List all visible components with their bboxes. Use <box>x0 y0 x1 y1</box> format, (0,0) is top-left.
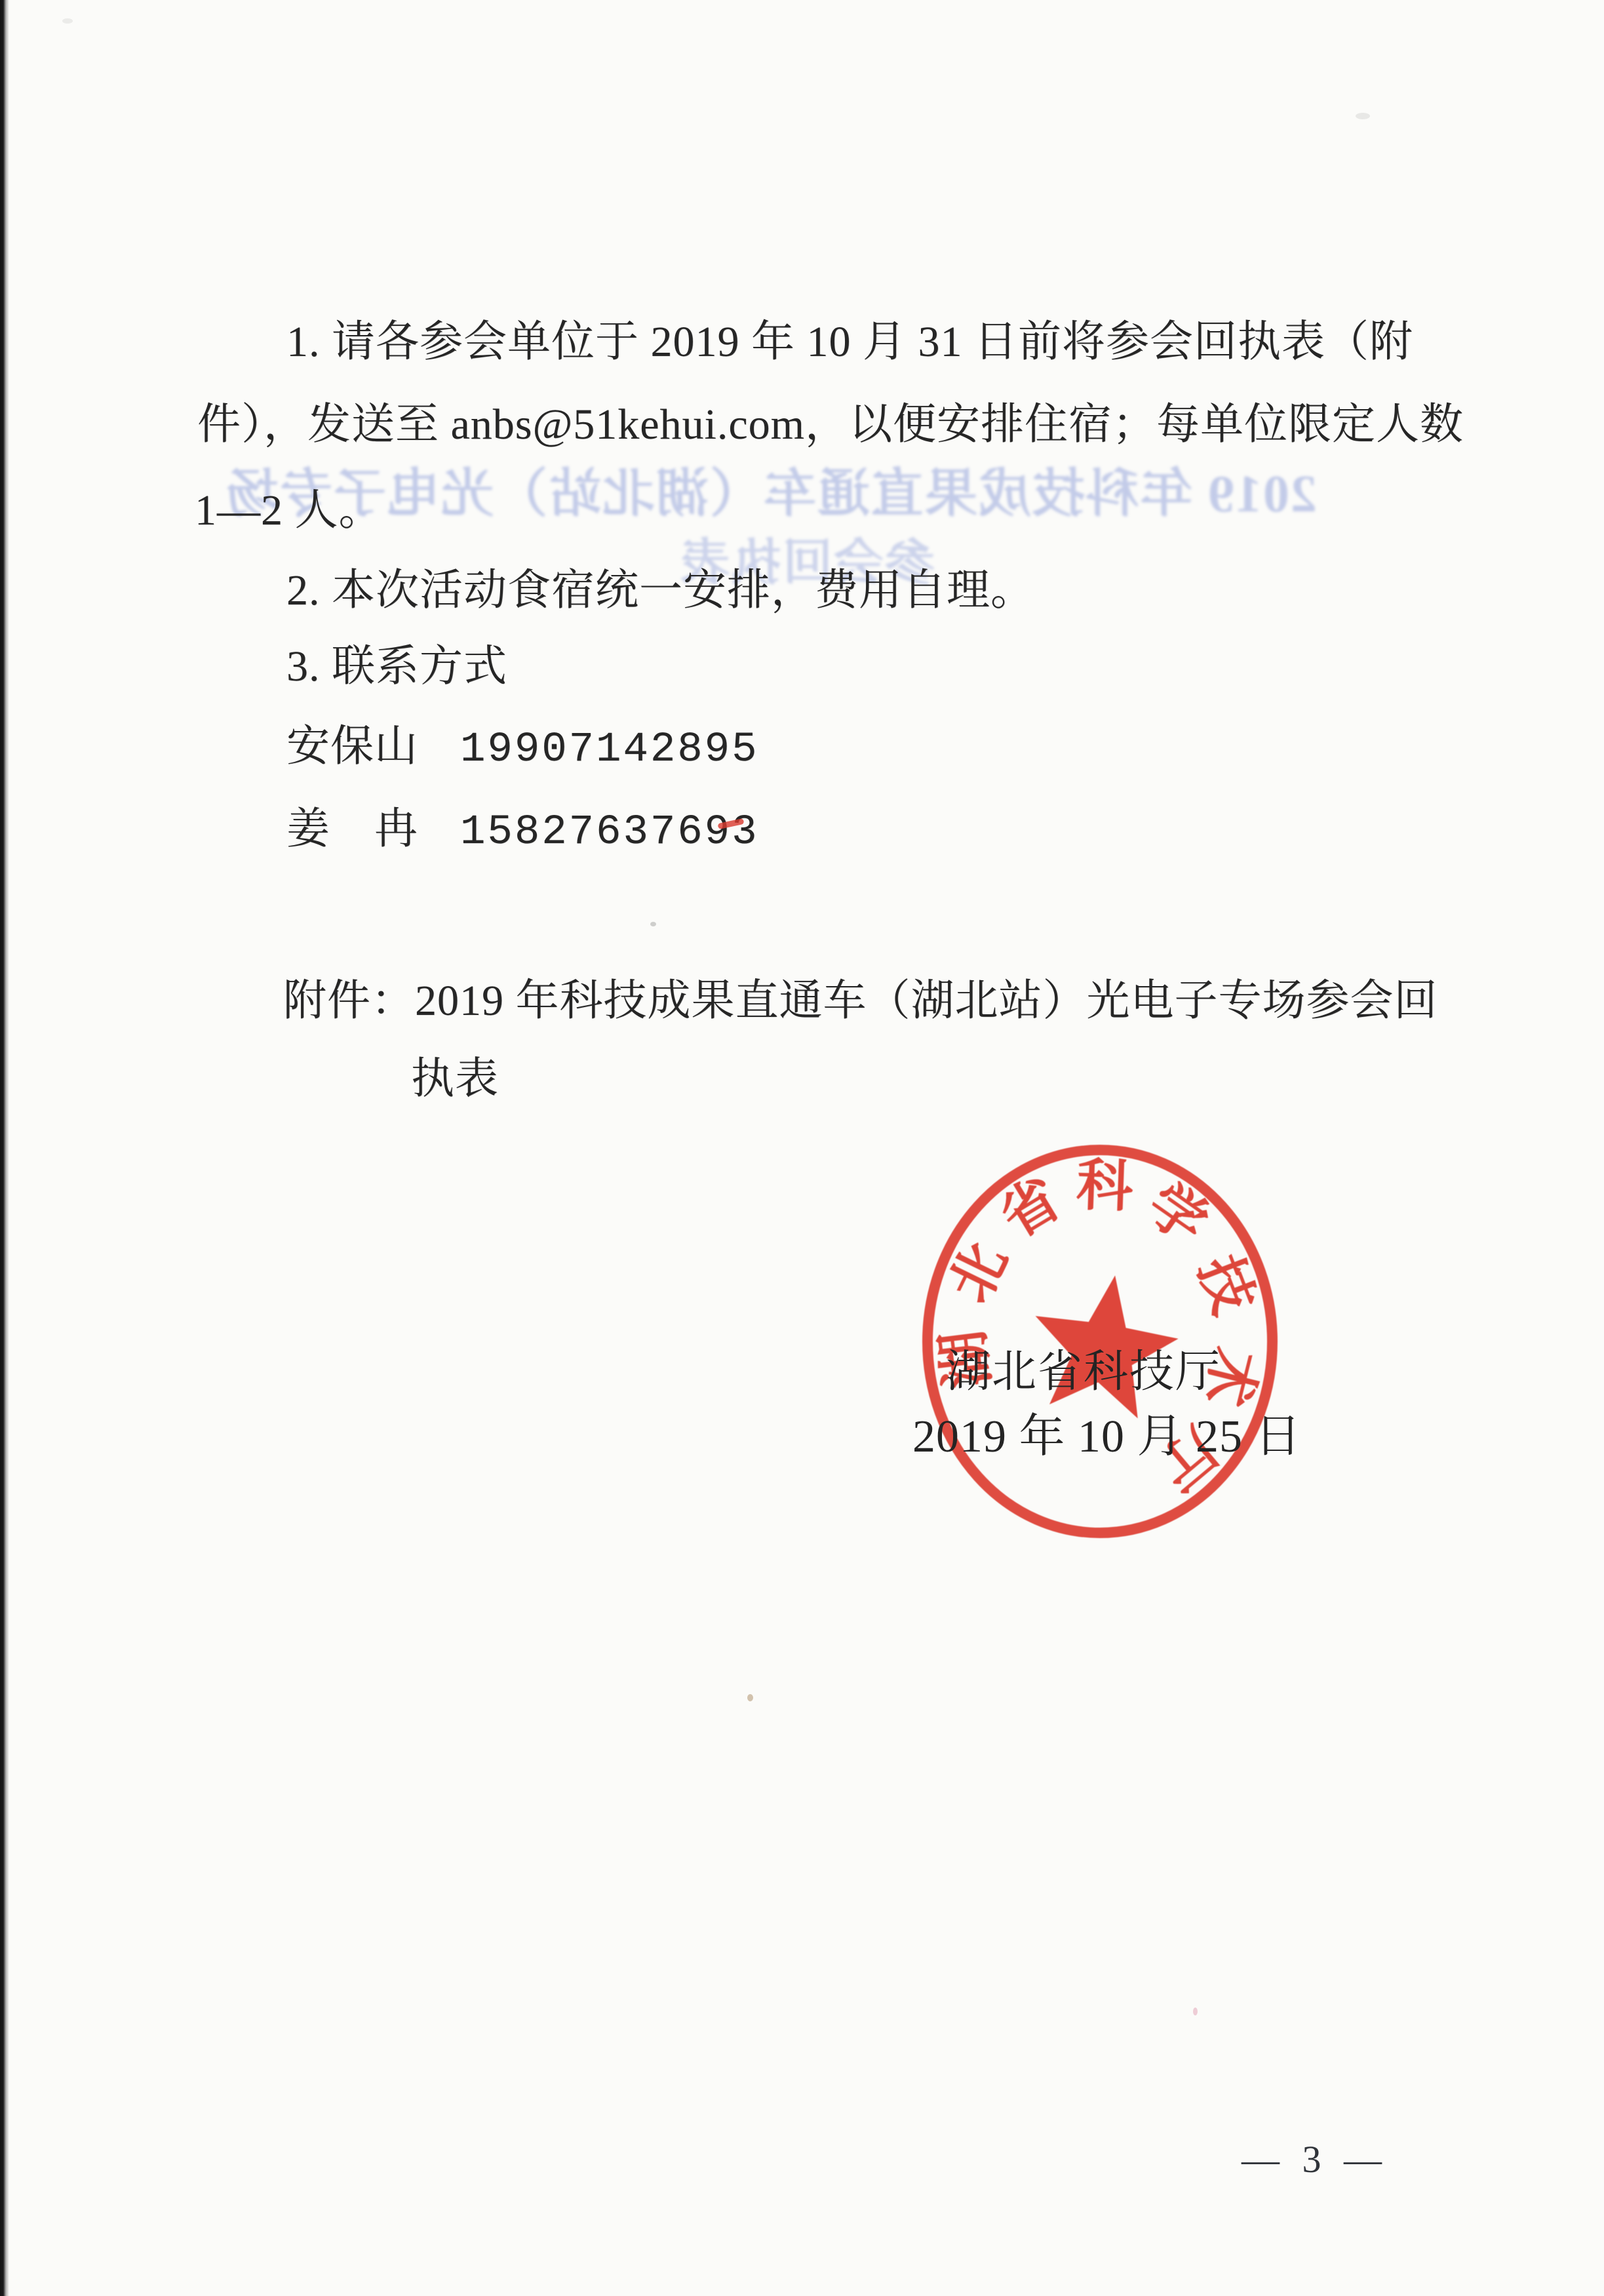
contact-row: 姜 冉 15827637693 <box>286 802 758 859</box>
ink-speck <box>62 18 73 24</box>
contact-phone: 15827637693 <box>460 806 758 859</box>
scanned-document-page: 2019 年科技成果直通车（湖北站）光电子专场 参会回执表 1. 请各参会单位于… <box>0 0 1604 2296</box>
scanner-edge-shadow <box>0 0 9 2296</box>
page-number: — 3 — <box>1242 2137 1388 2181</box>
attachment-line1: 附件：2019 年科技成果直通车（湖北站）光电子专场参会回 <box>283 974 1438 1029</box>
ink-speck <box>1193 2008 1198 2015</box>
paragraph3-contact-heading: 3. 联系方式 <box>286 640 507 694</box>
issue-date: 2019 年 10 月 25 日 <box>912 1399 1302 1465</box>
contact-name: 姜 冉 <box>286 802 418 857</box>
contact-name: 安保山 <box>286 720 418 774</box>
contact-row: 安保山 19907142895 <box>286 720 758 776</box>
paragraph1-line1: 1. 请各参会单位于 2019 年 10 月 31 日前将参会回执表（附 <box>286 315 1413 370</box>
agency-name: 湖北省科技厅 <box>946 1336 1221 1400</box>
attachment-line2: 执表 <box>411 1052 499 1107</box>
contact-phone: 19907142895 <box>460 724 758 776</box>
ink-speck <box>1356 113 1370 119</box>
ink-speck <box>650 922 656 926</box>
bleedthrough-title-line1: 2019 年科技成果直通车（湖北站）光电子专场 <box>225 451 1317 526</box>
paragraph2: 2. 本次活动食宿统一安排，费用自理。 <box>286 564 1034 618</box>
svg-text:科: 科 <box>1076 1154 1134 1219</box>
paragraph1-line3: 1—2 人。 <box>195 484 383 538</box>
paragraph1-line2: 件），发送至 anbs@51kehui.com，以便安排住宿；每单位限定人数 <box>197 398 1464 452</box>
ink-speck <box>747 1694 753 1701</box>
